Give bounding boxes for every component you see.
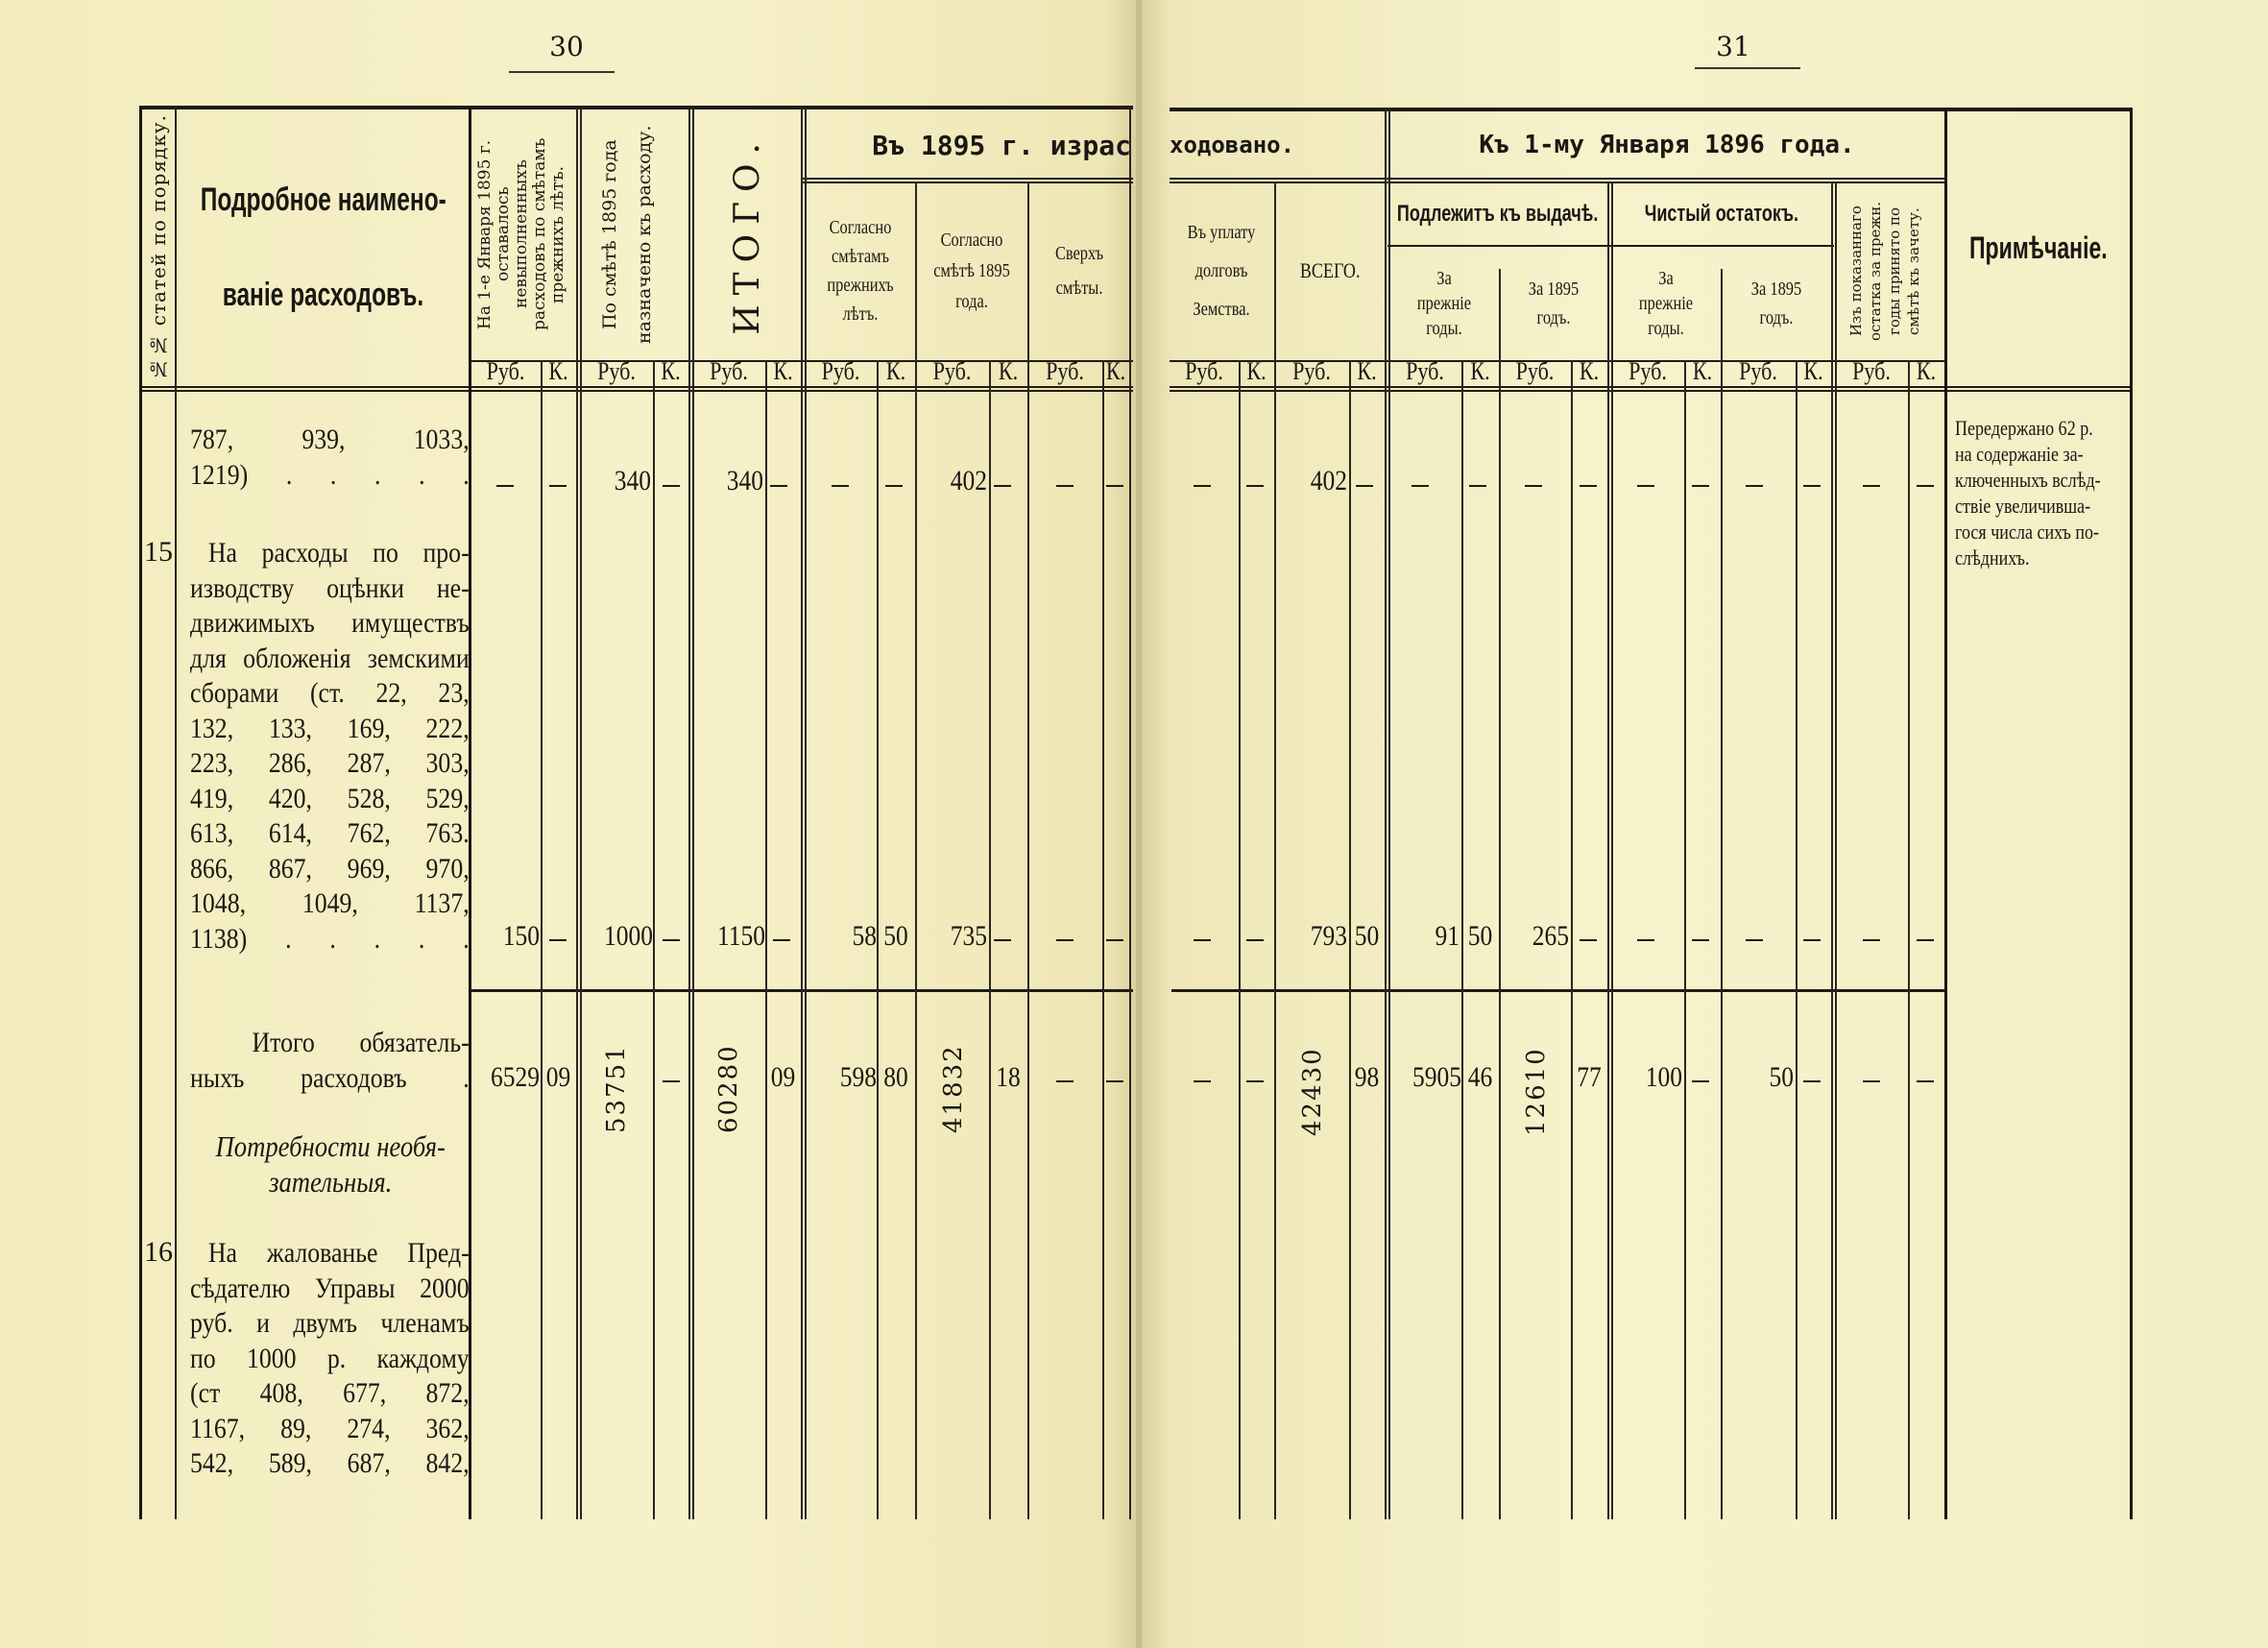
header-payable-1895-text: За 1895 годъ. bbox=[1509, 275, 1596, 332]
header-col-number-text: №№ статей по порядку. bbox=[147, 114, 170, 381]
description-line: 132, 133, 169, 222, bbox=[190, 712, 470, 747]
col-divider bbox=[541, 360, 543, 1519]
row-description: Итого обязатель- ныхъ расходовъ . bbox=[190, 1026, 470, 1096]
col-divider bbox=[1274, 182, 1276, 1519]
col-divider bbox=[1796, 360, 1798, 1519]
dash bbox=[496, 485, 514, 487]
value-estimate-1895-rub: 41832 bbox=[939, 1028, 968, 1133]
description-line: 1138) . . . . . bbox=[190, 922, 470, 957]
rub-label: Руб. bbox=[1280, 357, 1343, 386]
section-title-line: зательныя. bbox=[190, 1165, 470, 1200]
dash bbox=[1637, 485, 1654, 487]
header-payable-prev-text: За прежніе годы. bbox=[1412, 266, 1476, 341]
dash bbox=[1692, 1080, 1709, 1082]
row-note: Передержано 62 р. на содержаніе за- ключ… bbox=[1955, 415, 2101, 570]
description-line: (ст 408, 677, 872, bbox=[190, 1376, 470, 1412]
description-line: 787, 939, 1033, bbox=[190, 423, 470, 458]
kop-label: К. bbox=[992, 357, 1025, 386]
dash bbox=[1246, 939, 1264, 941]
dash bbox=[994, 485, 1011, 487]
header-payable-prev: За прежніе годы. bbox=[1388, 248, 1499, 358]
subtotal-rule-right bbox=[1171, 989, 1944, 992]
header-group-payable-text: Подлежитъ къ выдачѣ. bbox=[1397, 201, 1599, 228]
description-line: сѣдателю Управы 2000 bbox=[190, 1272, 470, 1307]
rub-label: Руб. bbox=[586, 357, 648, 386]
header-col-prev-estimates: Согласно смѣтамъ прежнихъ лѣтъ. bbox=[807, 184, 914, 357]
rub-label: Руб. bbox=[1617, 357, 1679, 386]
description-line: для обложенія земскими bbox=[190, 642, 470, 677]
table-top-rule-left bbox=[139, 106, 1133, 109]
dash bbox=[1194, 485, 1211, 487]
dash bbox=[549, 485, 567, 487]
kop-label: К. bbox=[1798, 357, 1828, 386]
description-line: 613, 614, 762, 763. bbox=[190, 816, 470, 852]
dash bbox=[663, 485, 680, 487]
value-payable-1895-kop: 77 bbox=[1574, 1061, 1604, 1094]
value-all-kop: 98 bbox=[1352, 1061, 1382, 1094]
header-col-all: ВСЕГО. bbox=[1275, 184, 1385, 357]
dash bbox=[1106, 1080, 1123, 1082]
page-number-left: 30 bbox=[509, 31, 624, 62]
row-number: 15 bbox=[144, 536, 173, 569]
note-line: гося числа сихъ по- bbox=[1955, 519, 2101, 545]
header-col-prev-estimates-text: Согласно смѣтамъ прежнихъ лѣтъ. bbox=[816, 213, 905, 328]
value-prev-estimates-rub: 598 bbox=[813, 1061, 877, 1094]
value-prev-estimates-kop: 80 bbox=[880, 1061, 912, 1094]
header-group-spent-text: Въ 1895 г. израс bbox=[872, 130, 1131, 161]
page-number-right: 31 bbox=[1676, 31, 1791, 62]
rub-label: Руб. bbox=[1726, 357, 1790, 386]
header-col-name-line1: Подробное наимено- bbox=[200, 182, 446, 219]
dash bbox=[1692, 485, 1709, 487]
col-divider bbox=[1611, 182, 1613, 1519]
value-budget-rub: 1000 bbox=[588, 920, 653, 953]
header-net-prev-text: За прежніе годы. bbox=[1634, 266, 1698, 341]
header-bottom-rule-left-2 bbox=[139, 390, 1133, 392]
value-budget-rub: 340 bbox=[588, 465, 651, 497]
note-line: слѣднихъ. bbox=[1955, 545, 2101, 570]
dash bbox=[885, 485, 903, 487]
header-col-number: №№ статей по порядку. bbox=[142, 110, 175, 384]
dash bbox=[1637, 939, 1654, 941]
header-group-spent: Въ 1895 г. израс bbox=[805, 112, 1131, 178]
dash bbox=[1106, 485, 1123, 487]
dash bbox=[1917, 485, 1934, 487]
col-divider bbox=[1385, 108, 1387, 1519]
kop-label: К. bbox=[1104, 357, 1127, 386]
rub-label: Руб. bbox=[1505, 357, 1566, 386]
value-all-rub: 42430 bbox=[1298, 1026, 1327, 1136]
col-divider bbox=[1684, 360, 1686, 1519]
description-line: 866, 867, 969, 970, bbox=[190, 852, 470, 887]
dash bbox=[1917, 939, 1934, 941]
kop-label: К. bbox=[1574, 357, 1604, 386]
kop-label: К. bbox=[1687, 357, 1718, 386]
col-divider bbox=[1349, 360, 1351, 1519]
value-all-kop: 50 bbox=[1352, 920, 1382, 953]
dash bbox=[549, 939, 567, 941]
header-payable-1895: За 1895 годъ. bbox=[1499, 248, 1607, 358]
value-payable-prev-rub: 5905 bbox=[1398, 1061, 1461, 1094]
header-col-estimate-1895: Согласно смѣтѣ 1895 года. bbox=[917, 184, 1026, 357]
dash bbox=[1692, 939, 1709, 941]
dash bbox=[1106, 939, 1123, 941]
section-title-optional: Потребности необя- зательныя. bbox=[190, 1129, 470, 1200]
kop-label: К. bbox=[656, 357, 686, 386]
header-group-spent-cont: ходовано. bbox=[1170, 112, 1275, 178]
col-divider bbox=[1571, 360, 1573, 1519]
header-col-budget-text: По смѣтѣ 1895 года назначено къ расходу. bbox=[592, 114, 679, 354]
header-col-note-text: Примѣчаніе. bbox=[1969, 230, 2108, 266]
value-payable-prev-rub: 91 bbox=[1397, 920, 1460, 953]
header-group-payable: Подлежитъ къ выдачѣ. bbox=[1388, 184, 1607, 244]
header-bottom-rule-right bbox=[1170, 386, 2132, 388]
dash bbox=[1746, 485, 1763, 487]
value-payable-1895-rub: 12610 bbox=[1522, 1026, 1551, 1136]
header-col-total: ИТОГО. bbox=[693, 110, 801, 358]
spent-group-rule bbox=[802, 178, 1133, 180]
header-col-name-line2: ваніе расходовъ. bbox=[223, 277, 423, 314]
description-line: На расходы по про- bbox=[190, 536, 470, 571]
header-col-credited-text: Изъ показаннаго остатка за прежн. годы п… bbox=[1846, 187, 1933, 355]
value-total-rub: 1150 bbox=[700, 920, 765, 953]
dash bbox=[1803, 485, 1821, 487]
rub-label: Руб. bbox=[698, 357, 760, 386]
page-number-rule-right bbox=[1695, 67, 1800, 69]
header-net-1895: За 1895 годъ. bbox=[1721, 248, 1831, 358]
row-number: 16 bbox=[144, 1236, 173, 1269]
value-payable-1895-rub: 265 bbox=[1507, 920, 1569, 953]
value-payable-prev-kop: 46 bbox=[1464, 1061, 1496, 1094]
header-col-debts-text: Въ уплату долговъ Земства. bbox=[1179, 213, 1265, 328]
dash bbox=[1411, 485, 1429, 487]
col-divider bbox=[1831, 182, 1833, 1519]
value-prev-estimates-kop: 50 bbox=[880, 920, 912, 953]
kop-label: К. bbox=[1242, 357, 1271, 386]
description-line: сборами (ст. 22, 23, bbox=[190, 676, 470, 712]
col-divider bbox=[1835, 182, 1837, 1519]
header-group-net-remainder: Чистый остатокъ. bbox=[1611, 184, 1832, 244]
col-divider bbox=[653, 360, 655, 1519]
dash bbox=[1580, 939, 1597, 941]
kop-label: К. bbox=[880, 357, 912, 386]
header-col-over-estimate: Сверхъ смѣты. bbox=[1029, 184, 1129, 357]
dash bbox=[1056, 485, 1074, 487]
description-line: 419, 420, 528, 529, bbox=[190, 782, 470, 817]
col-divider bbox=[1721, 269, 1723, 1519]
dash bbox=[832, 485, 849, 487]
dash bbox=[1194, 939, 1211, 941]
value-total-rub: 340 bbox=[700, 465, 763, 497]
dash bbox=[1917, 1080, 1934, 1082]
description-line: 1167, 89, 274, 362, bbox=[190, 1412, 470, 1447]
value-remained-rub: 6529 bbox=[476, 1061, 540, 1094]
value-net-1895-rub: 50 bbox=[1730, 1061, 1794, 1094]
description-line: Итого обязатель- bbox=[190, 1026, 470, 1061]
dash bbox=[1469, 485, 1486, 487]
header-group-jan1896-text: Къ 1-му Января 1896 года. bbox=[1479, 131, 1854, 159]
description-line: 542, 589, 687, 842, bbox=[190, 1446, 470, 1482]
header-bottom-rule-right-2 bbox=[1170, 390, 2132, 392]
value-net-prev-rub: 100 bbox=[1620, 1061, 1682, 1094]
dash bbox=[773, 939, 790, 941]
value-budget-rub: 53751 bbox=[602, 1028, 631, 1133]
dash bbox=[1246, 485, 1264, 487]
row-description: На расходы по про- изводству оцѣнки не- … bbox=[190, 536, 470, 957]
kop-label: К. bbox=[1911, 357, 1942, 386]
col-divider bbox=[1102, 360, 1104, 1519]
note-line: на содержаніе за- bbox=[1955, 441, 2101, 467]
col-divider bbox=[1129, 108, 1131, 1519]
rub-label: Руб. bbox=[1174, 357, 1233, 386]
kop-label: К. bbox=[768, 357, 798, 386]
description-line: 1219) . . . . . bbox=[190, 458, 470, 494]
description-line: изводству оцѣнки не- bbox=[190, 571, 470, 607]
dash bbox=[1863, 1080, 1880, 1082]
dash bbox=[1803, 1080, 1821, 1082]
col-divider bbox=[1027, 182, 1029, 1519]
rub-label: Руб. bbox=[475, 357, 535, 386]
value-total-rub: 60280 bbox=[714, 1028, 743, 1133]
right-group-rule bbox=[1170, 178, 1947, 180]
header-col-name: Подробное наимено- ваніе расходовъ. bbox=[178, 110, 469, 384]
col-divider bbox=[1239, 360, 1241, 1519]
value-remained-kop: 09 bbox=[543, 1061, 573, 1094]
row-description: 787, 939, 1033, 1219) . . . . . bbox=[190, 423, 470, 493]
col-divider bbox=[765, 360, 767, 1519]
header-col-budget: По смѣтѣ 1895 года назначено къ расходу. bbox=[582, 110, 689, 358]
dash bbox=[1056, 1080, 1074, 1082]
dash bbox=[770, 485, 787, 487]
dash bbox=[1803, 939, 1821, 941]
kop-label: К. bbox=[543, 357, 573, 386]
dash bbox=[1356, 485, 1373, 487]
col-divider bbox=[1607, 182, 1609, 1519]
header-col-remained-text: На 1-е Января 1895 г. оставалось невыпол… bbox=[476, 114, 572, 354]
description-line: 223, 286, 287, 303, bbox=[190, 746, 470, 782]
dash bbox=[1746, 939, 1763, 941]
section-title-line: Потребности необя- bbox=[190, 1129, 470, 1165]
dash bbox=[1580, 485, 1597, 487]
header-group-jan1896: Къ 1-му Января 1896 года. bbox=[1388, 112, 1945, 178]
value-estimate-1895-kop: 18 bbox=[992, 1061, 1025, 1094]
description-line: 1048, 1049, 1137, bbox=[190, 886, 470, 922]
description-line: ныхъ расходовъ . bbox=[190, 1061, 470, 1097]
dash bbox=[1863, 485, 1880, 487]
header-col-total-text: ИТОГО. bbox=[728, 133, 767, 335]
header-col-over-estimate-text: Сверхъ смѣты. bbox=[1038, 236, 1120, 305]
note-line: ствіе увеличивша- bbox=[1955, 493, 2101, 519]
header-col-note: Примѣчаніе. bbox=[1947, 110, 2130, 386]
book-gutter bbox=[1136, 0, 1142, 1648]
header-net-prev: За прежніе годы. bbox=[1611, 248, 1721, 358]
value-estimate-1895-rub: 735 bbox=[924, 920, 987, 953]
col-divider bbox=[915, 182, 917, 1519]
header-col-all-text: ВСЕГО. bbox=[1300, 258, 1361, 283]
row-description: На жалованье Пред- сѣдателю Управы 2000 … bbox=[190, 1236, 470, 1482]
rub-label: Руб. bbox=[921, 357, 983, 386]
value-all-rub: 793 bbox=[1284, 920, 1347, 953]
note-line: Передержано 62 р. bbox=[1955, 415, 2101, 441]
value-payable-prev-kop: 50 bbox=[1464, 920, 1496, 953]
value-prev-estimates-rub: 58 bbox=[813, 920, 877, 953]
header-group-net-remainder-text: Чистый остатокъ. bbox=[1645, 201, 1798, 228]
dash bbox=[1246, 1080, 1264, 1082]
dash bbox=[663, 939, 680, 941]
col-divider bbox=[1499, 269, 1501, 1519]
dash bbox=[994, 939, 1011, 941]
header-col-estimate-1895-text: Согласно смѣтѣ 1895 года. bbox=[927, 225, 1016, 317]
value-total-kop: 09 bbox=[768, 1061, 798, 1094]
rub-label: Руб. bbox=[1394, 357, 1457, 386]
dash bbox=[1863, 939, 1880, 941]
dash bbox=[663, 1080, 680, 1082]
description-line: руб. и двумъ членамъ bbox=[190, 1306, 470, 1342]
col-divider bbox=[989, 360, 991, 1519]
rub-label: Руб. bbox=[1033, 357, 1097, 386]
header-col-remained: На 1-е Января 1895 г. оставалось невыпол… bbox=[470, 110, 578, 358]
dash bbox=[1525, 485, 1542, 487]
spent-group-rule-2 bbox=[802, 182, 1133, 183]
value-remained-rub: 150 bbox=[476, 920, 540, 953]
header-bottom-rule-left bbox=[139, 386, 1133, 388]
value-all-rub: 402 bbox=[1284, 465, 1347, 497]
note-line: ключенныхъ вслѣд- bbox=[1955, 467, 2101, 493]
col-divider bbox=[175, 108, 177, 1519]
header-col-credited: Изъ показаннаго остатка за прежн. годы п… bbox=[1835, 184, 1944, 358]
header-group-spent-cont-text: ходовано. bbox=[1170, 132, 1294, 158]
description-line: по 1000 р. каждому bbox=[190, 1342, 470, 1377]
dash bbox=[1056, 939, 1074, 941]
description-line: На жалованье Пред- bbox=[190, 1236, 470, 1272]
header-col-debts: Въ уплату долговъ Земства. bbox=[1170, 184, 1273, 357]
value-estimate-1895-rub: 402 bbox=[924, 465, 987, 497]
col-divider bbox=[801, 108, 803, 1519]
description-line: движимыхъ имуществъ bbox=[190, 606, 470, 642]
table-right-border bbox=[2130, 108, 2133, 1519]
col-divider bbox=[877, 360, 879, 1519]
col-divider bbox=[1908, 360, 1910, 1519]
dash bbox=[1194, 1080, 1211, 1082]
kop-label: К. bbox=[1464, 357, 1496, 386]
header-net-1895-text: За 1895 годъ. bbox=[1732, 275, 1819, 332]
rub-label: Руб. bbox=[810, 357, 872, 386]
col-divider bbox=[1461, 360, 1463, 1519]
rub-label: Руб. bbox=[1841, 357, 1903, 386]
kop-label: К. bbox=[1352, 357, 1382, 386]
page-number-rule-left bbox=[509, 71, 615, 73]
